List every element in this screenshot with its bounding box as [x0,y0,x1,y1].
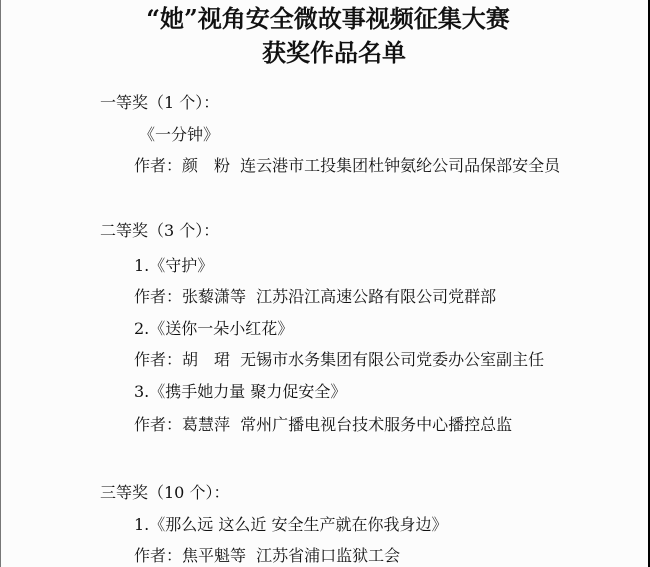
work-author: 作者：颜 粉 连云港市工投集团杜钟氨纶公司品保部安全员 [134,155,560,177]
work-author: 作者：焦平魁等 江苏省浦口监狱工会 [134,545,400,567]
document-page: “她”视角安全微故事视频征集大赛 获奖作品名单 一等奖（1 个）： 《一分钟》 … [0,0,650,567]
work-title: 2.《送你一朵小红花》 [134,318,293,340]
award-heading-third: 三等奖（10 个）： [100,482,229,504]
work-title: 1.《守护》 [134,255,213,277]
work-title: 《一分钟》 [139,124,219,146]
work-author: 作者：张藜潇等 江苏沿江高速公路有限公司党群部 [134,286,496,308]
document-title: “她”视角安全微故事视频征集大赛 [1,3,650,35]
work-author: 作者：胡 珺 无锡市水务集团有限公司党委办公室副主任 [134,349,544,371]
work-author: 作者：葛慧萍 常州广播电视台技术服务中心播控总监 [134,414,512,436]
document-subtitle: 获奖作品名单 [1,37,650,69]
work-title: 3.《携手她力量 聚力促安全》 [134,381,346,403]
work-title: 1.《那么远 这么近 安全生产就在你我身边》 [134,514,447,536]
award-heading-first: 一等奖（1 个）： [100,92,219,114]
award-heading-second: 二等奖（3 个）： [100,220,219,242]
